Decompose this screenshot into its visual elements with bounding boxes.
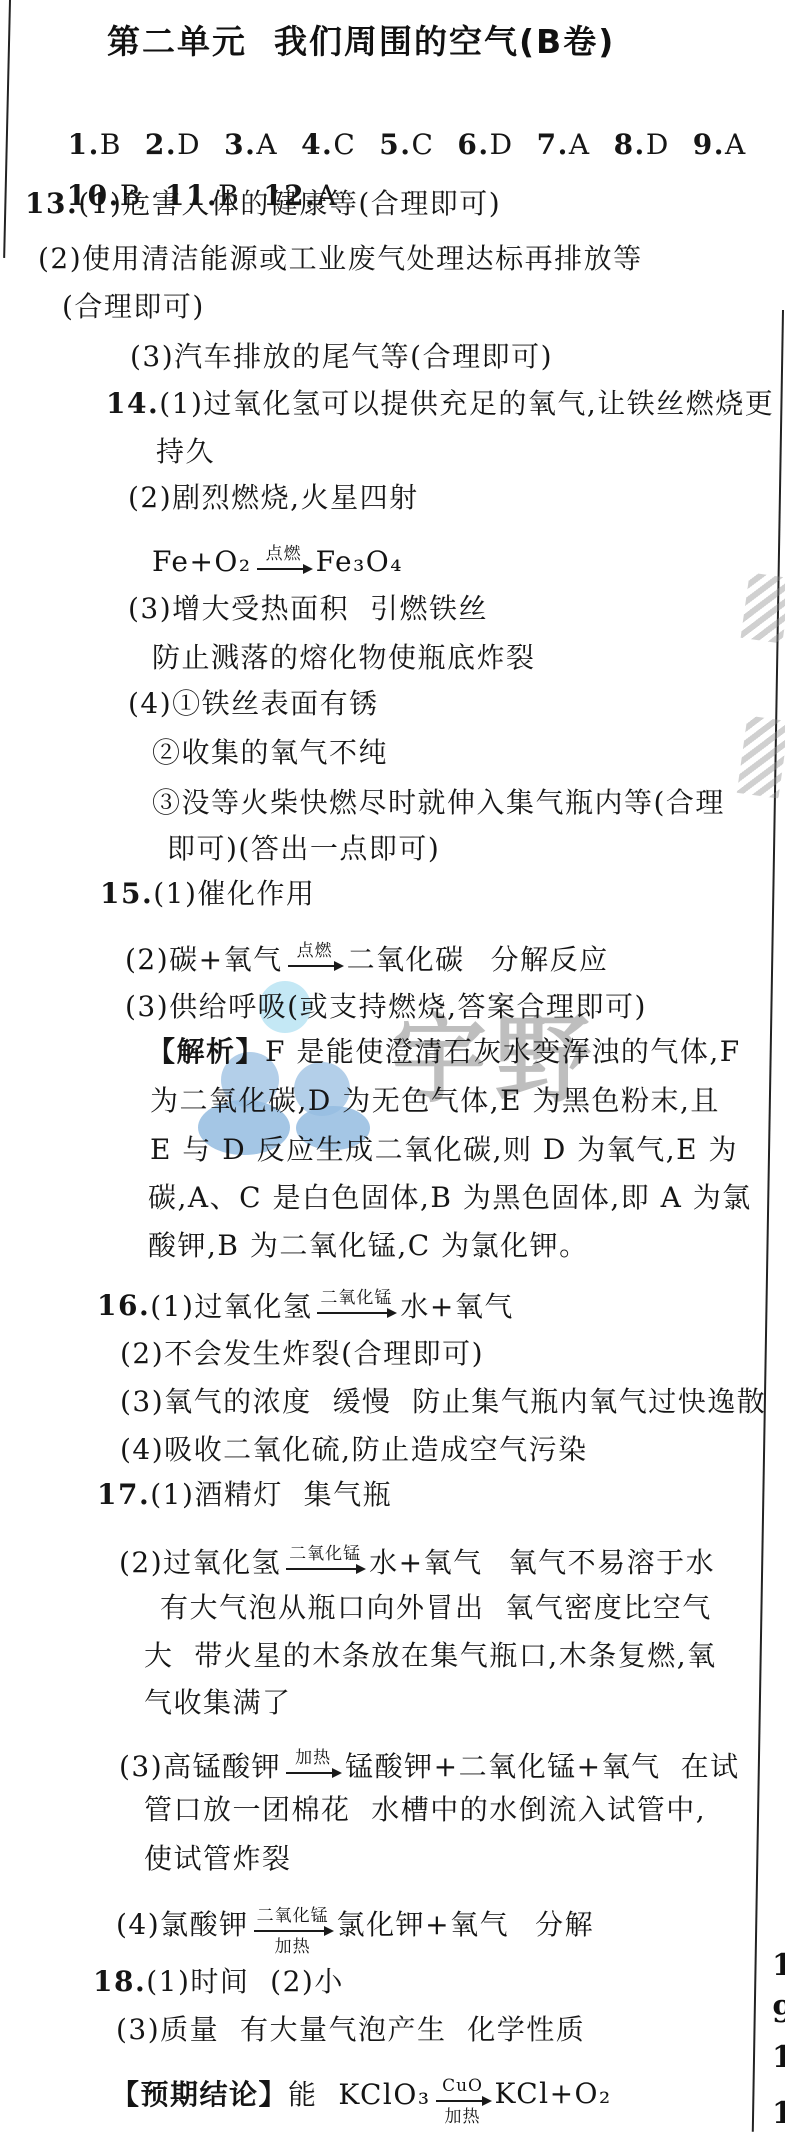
arrow-right-icon	[257, 565, 311, 574]
equation-peroxide-17: (2)过氧化氢 二氧化锰 水+氧气 氧气不易溶于水	[119, 1529, 715, 1593]
reaction-arrow: 二氧化锰 加热	[254, 1908, 332, 1956]
arrow-right-icon	[286, 1565, 364, 1574]
analysis-line-2: 为二氧化碳,D 为无色气体,E 为黑色粉末,且	[150, 1084, 720, 1118]
answer-line-17-2c: 大 带火星的木条放在集气瓶口,木条复燃,氧	[144, 1639, 717, 1673]
answer-line-14-4d: 即可)(答出一点即可)	[167, 832, 440, 866]
answer-line-17-2d: 气收集满了	[144, 1686, 292, 1720]
scan-artifact	[737, 715, 785, 798]
answer-line-14-1: 14.(1)过氧化氢可以提供充足的氧气,让铁丝燃烧更	[106, 387, 774, 421]
answer-line-13-2: (2)使用清洁能源或工业废气处理达标再排放等	[38, 242, 643, 276]
analysis-line-1: 【解析】F 是能使澄清石灰水变浑浊的气体,F	[147, 1035, 741, 1069]
reaction-arrow: 二氧化锰	[286, 1546, 364, 1574]
answer-line-16-4: (4)吸收二氧化硫,防止造成空气污染	[120, 1433, 588, 1467]
analysis-line-5: 酸钾,B 为二氧化锰,C 为氯化钾。	[148, 1229, 589, 1263]
answer-line-13-2b: (合理即可)	[62, 290, 205, 324]
reaction-arrow: 点燃	[288, 943, 342, 971]
reaction-arrow: 二氧化锰	[317, 1290, 395, 1318]
answer-line-14-3: (3)增大受热面积 引燃铁丝	[128, 592, 488, 626]
answer-line-14-4c: ③没等火柴快燃尽时就伸入集气瓶内等(合理	[152, 786, 725, 820]
answer-line-17-3c: 使试管炸裂	[144, 1842, 292, 1876]
answer-line-17-2b: 有大气泡从瓶口向外冒出 氧气密度比空气	[160, 1591, 712, 1625]
arrow-right-icon	[317, 1309, 395, 1318]
answer-item: 5.C	[379, 128, 434, 161]
answer-item: 7.A	[537, 128, 591, 161]
equation-conclusion: 【预期结论】 能 KClO₃ CuO 加热 KCl+O₂	[111, 2061, 612, 2125]
reaction-arrow: 加热	[286, 1750, 340, 1778]
edge-cutoff-digit: 1	[772, 1948, 785, 1983]
edge-cutoff-digit: 1	[772, 2040, 785, 2075]
answer-item: 8.D	[614, 128, 670, 161]
answer-item: 6.D	[457, 128, 513, 161]
answer-line-18-1: 18.(1)时间 (2)小	[93, 1965, 344, 1999]
arrow-right-icon	[288, 962, 342, 971]
answer-line-17-1: 17.(1)酒精灯 集气瓶	[97, 1478, 392, 1512]
scanned-answer-page: 宇野 1 9 1 1 第二单元 我们周围的空气(B卷) 1.B2.D3.A4.C…	[0, 0, 785, 2132]
equation-permanganate: (3)高锰酸钾 加热 锰酸钾+二氧化锰+氧气 在试	[119, 1733, 740, 1797]
arrow-right-icon	[254, 1927, 332, 1936]
answer-line-13-1: 13.(1)危害人体的健康等(合理即可)	[25, 187, 501, 221]
answer-line-14-3b: 防止溅落的熔化物使瓶底炸裂	[152, 641, 536, 675]
equation-carbon-oxygen: (2)碳+氧气 点燃 二氧化碳 分解反应	[125, 926, 609, 990]
equation-peroxide-16: 16. (1)过氧化氢 二氧化锰 水+氧气	[97, 1273, 514, 1337]
answer-line-17-3b: 管口放一团棉花 水槽中的水倒流入试管中,	[144, 1793, 706, 1827]
edge-cutoff-digit: 1	[772, 2096, 785, 2131]
arrow-right-icon	[286, 1769, 340, 1778]
scan-artifact	[741, 572, 785, 643]
answer-line-15-3: (3)供给呼吸(或支持燃烧,答案合理即可)	[125, 990, 647, 1024]
answer-line-16-3: (3)氧气的浓度 缓慢 防止集气瓶内氧气过快逸散	[120, 1385, 766, 1419]
analysis-line-3: E 与 D 反应生成二氧化碳,则 D 为氧气,E 为	[150, 1133, 738, 1167]
answer-line-16-2: (2)不会发生炸裂(合理即可)	[120, 1337, 484, 1371]
answer-line-14-4: (4)①铁丝表面有锈	[128, 687, 379, 721]
equation-chlorate: (4)氯酸钾 二氧化锰 加热 氯化钾+氧气 分解	[116, 1891, 594, 1955]
reaction-arrow: CuO 加热	[436, 2078, 490, 2126]
reaction-arrow: 点燃	[257, 546, 311, 574]
answer-line-14-1b: 持久	[156, 435, 215, 469]
left-page-border-line	[3, 0, 11, 258]
answer-line-14-2: (2)剧烈燃烧,火星四射	[128, 481, 419, 515]
answer-line-18-3: (3)质量 有大量气泡产生 化学性质	[116, 2013, 585, 2047]
answer-line-14-4b: ②收集的氧气不纯	[152, 736, 388, 770]
answer-item: 9.A	[693, 128, 747, 161]
answer-line-13-3: (3)汽车排放的尾气等(合理即可)	[130, 340, 553, 374]
arrow-right-icon	[436, 2097, 490, 2106]
answer-line-15-1: 15.(1)催化作用	[100, 877, 315, 911]
equation-iron-oxygen: Fe+O₂ 点燃 Fe₃O₄	[152, 529, 403, 593]
edge-cutoff-digit: 9	[772, 1995, 785, 2030]
unit-title: 第二单元 我们周围的空气(B卷)	[107, 16, 615, 63]
analysis-line-4: 碳,A、C 是白色固体,B 为黑色固体,即 A 为氯	[148, 1181, 752, 1215]
